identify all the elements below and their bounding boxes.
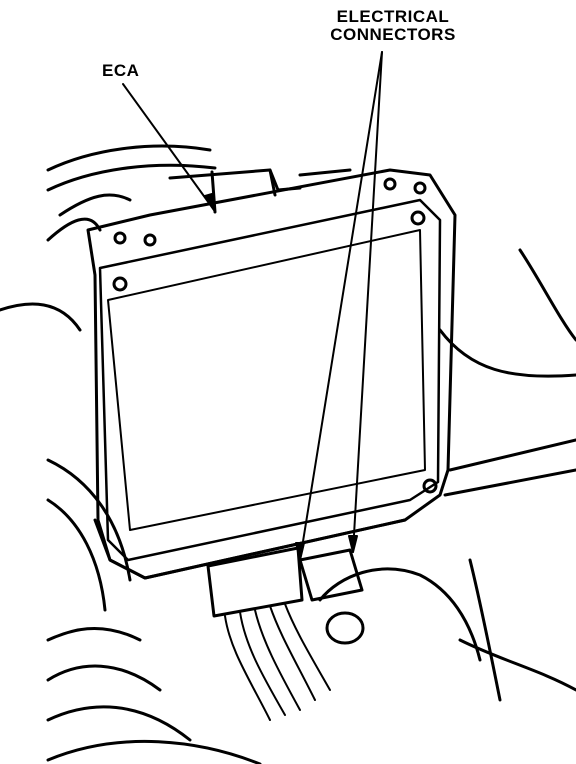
wire-harness-right: [440, 250, 576, 700]
connector-wires: [225, 604, 330, 720]
hand: [320, 569, 480, 660]
leader-lines: [123, 52, 382, 560]
wire-harness-left: [0, 146, 260, 764]
connector-leader-line-right: [353, 52, 382, 552]
eca-illustration: [0, 0, 576, 764]
connector-leader-line-left: [300, 52, 382, 560]
eca-module: [88, 170, 455, 578]
connector-left: [208, 548, 302, 616]
